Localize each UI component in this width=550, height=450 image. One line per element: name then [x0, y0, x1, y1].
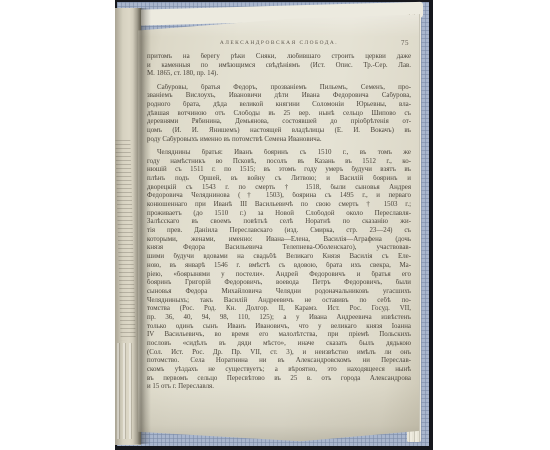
- text-line: шими будучи вдовами на свадьбѣ Великаго …: [147, 253, 411, 262]
- text-line: родного брата, дѣда великой княгини Соло…: [147, 101, 411, 110]
- text-line: (Сол. Ист. Рос. Др. Пр. VII, ст. 3), и н…: [147, 349, 411, 358]
- text-line: роду Сабуровыхъ именно въ потомствѣ Семе…: [147, 136, 411, 145]
- text-line: только одинъ сынъ Иванъ Ивановичъ, что у…: [147, 323, 411, 332]
- running-header: АЛЕКСАНДРОВСКАЯ СЛОБОДА.: [147, 40, 411, 46]
- text-line: нюшій съ 1511 г. по 1515; въ этомъ году …: [147, 166, 411, 175]
- text-line: Залѣсскаго въ своемъ повѣтьѣ селѣ Норатн…: [147, 218, 411, 227]
- text-line: сыновья Федора Михайловича Челядни родон…: [147, 288, 411, 297]
- text-line: томства (Рос. Род. Кн. Долгор. II, Карам…: [147, 305, 411, 314]
- text-line: и каменныя по имѣющимся свѣдѣніямъ (Ист.…: [147, 62, 411, 71]
- page-header: АЛЕКСАНДРОВСКАЯ СЛОБОДА. 75: [147, 40, 411, 50]
- text-line: которыми, женами, именно: Ивана—Елена, В…: [147, 236, 411, 245]
- text-line: ною, въ январѣ 1546 г. вмѣстѣ съ вдовою,…: [147, 262, 411, 271]
- screenshot-canvas: АЛЕКСАНДРОВСКАЯ СЛОБОДА. 75 притомъ на б…: [0, 0, 550, 450]
- text-line: ріею, «боярынями у постели». Андрей Федо…: [147, 271, 411, 280]
- text-line: дѣвшая вотчиною отъ Слободы въ 25 вер. н…: [147, 110, 411, 119]
- gutter-shadow: [133, 8, 151, 444]
- text-line: тія прев. Даніила Переславскаго (изд. См…: [147, 227, 411, 236]
- paragraph: Сабуровы, братья Федоръ, прозваніемъ Пил…: [147, 84, 411, 145]
- text-line: году намѣстникъ во Псковѣ, посолъ въ Каз…: [147, 158, 411, 167]
- paragraph: Челяднины братья: Иванъ бояринъ съ 1510 …: [147, 149, 411, 392]
- text-line: въ первомъ сельцо Пересвѣтово въ 25 в. о…: [147, 375, 411, 384]
- text-line: проживаетъ (до 1510 г.) за Новой Слободо…: [147, 210, 411, 219]
- text-line: деревнями Рябинина, Демьянова, состоявше…: [147, 118, 411, 127]
- text-line: дворецкій съ 1543 г. по смерть † 1518, б…: [147, 184, 411, 193]
- text-line: пословъ «сидѣлъ въ дяди мѣсто», иначе ск…: [147, 340, 411, 349]
- text-line: IV Васильевичъ, во время его малолѣтства…: [147, 331, 411, 340]
- text-line: Сабуровы, братья Федоръ, прозваніемъ Пил…: [147, 84, 411, 93]
- text-line: званіемъ Вислоухъ, Ивановичи дѣти Ивана …: [147, 92, 411, 101]
- book-page: АЛЕКСАНДРОВСКАЯ СЛОБОДА. 75 притомъ на б…: [138, 11, 419, 443]
- text-line: пр. 36, 40, 94, 98, 110, 125); а у Ивана…: [147, 314, 411, 323]
- text-line: цомъ (И. И. Янишемъ) настоящей владѣлицы…: [147, 127, 411, 136]
- text-line: бояринъ Григорій Федоровичъ, воевода Пет…: [147, 279, 411, 288]
- text-line: плѣнъ подъ Оршей, въ войну съ Литвою; и …: [147, 175, 411, 184]
- text-line: Челядниныхъ; такъ Василій Андреевичъ не …: [147, 297, 411, 306]
- page-text: притомъ на берегу рѣки Сняки, любившаго …: [147, 53, 411, 397]
- text-line: Челяднины братья: Иванъ бояринъ съ 1510 …: [147, 149, 411, 158]
- text-line: князя Федора Васильевича Телепнева-Оболе…: [147, 244, 411, 253]
- text-line: и 15 отъ г. Переславля.: [147, 383, 411, 392]
- paragraph: притомъ на берегу рѣки Сняки, любившаго …: [147, 53, 411, 79]
- text-line: притомъ на берегу рѣки Сняки, любившаго …: [147, 53, 411, 62]
- text-line: М. 1865, ст. 180, пр. 14).: [147, 70, 411, 79]
- text-line: потомство. Села Норатнина ни въ Александ…: [147, 357, 411, 366]
- book-photo: АЛЕКСАНДРОВСКАЯ СЛОБОДА. 75 притомъ на б…: [115, 0, 433, 450]
- page-number: 75: [401, 39, 409, 47]
- text-line: конюшеннаго при Иванѣ III Васильевичѣ по…: [147, 201, 411, 210]
- text-line: скомъ уѣздахъ не существуетъ; а вѣроятно…: [147, 366, 411, 375]
- text-line: Федоровича Челяднинова († 1503), боярина…: [147, 192, 411, 201]
